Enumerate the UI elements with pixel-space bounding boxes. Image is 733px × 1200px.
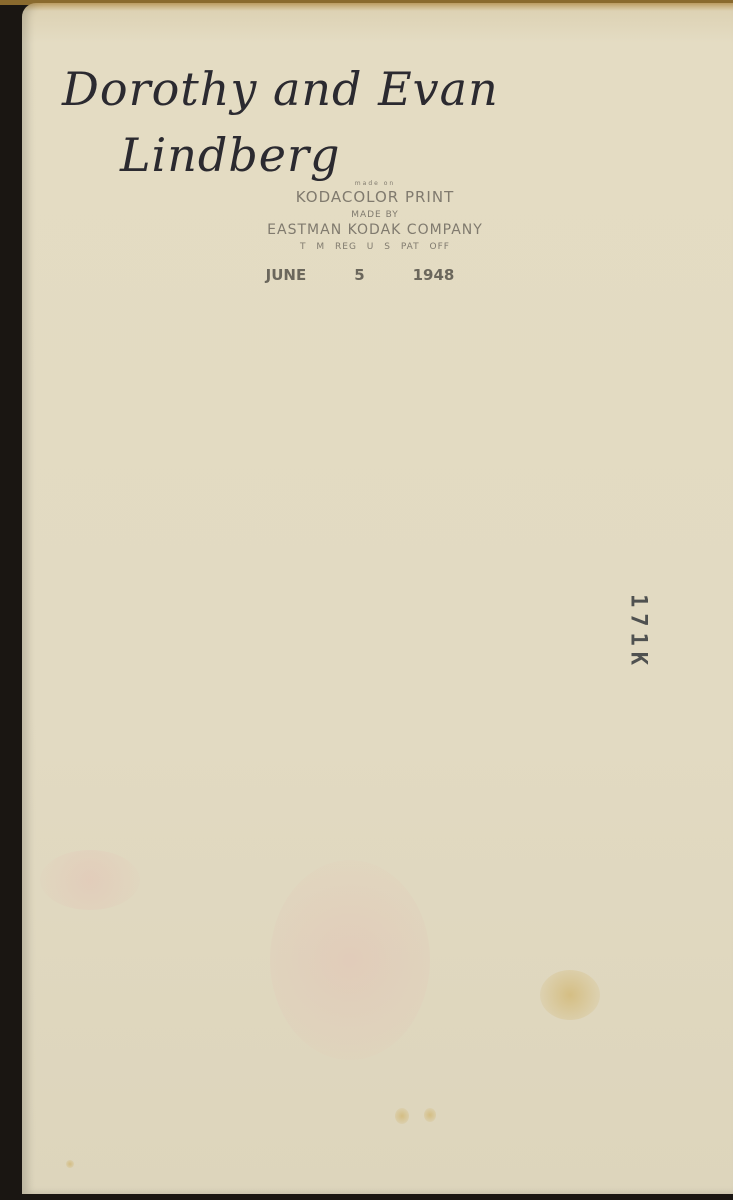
stain-spot (424, 1108, 436, 1122)
handwritten-names-line2: Lindberg (120, 128, 340, 182)
stamp-line-company: EASTMAN KODAK COMPANY (230, 222, 520, 238)
kodak-stamp: made on KODACOLOR PRINT MADE BY EASTMAN … (230, 180, 520, 284)
discoloration (40, 850, 140, 910)
stamp-date: JUNE 5 1948 (200, 266, 520, 284)
stain-spot (66, 1160, 74, 1168)
stamp-date-day: 5 (354, 266, 364, 284)
stamp-line-trademark: T M REG U S PAT OFF (230, 242, 520, 252)
stain-spot (395, 1108, 409, 1124)
stamp-line-made-by: MADE BY (230, 210, 520, 220)
stamp-tiny-line: made on (230, 180, 520, 188)
stamp-date-year: 1948 (413, 266, 455, 284)
stamp-date-month: JUNE (266, 266, 307, 284)
stain-mark (540, 970, 600, 1020)
handwritten-names-line1: Dorothy and Evan (62, 62, 499, 116)
stamp-line-kodacolor: KODACOLOR PRINT (230, 188, 520, 206)
print-code: 171K (626, 573, 651, 693)
discoloration (270, 860, 430, 1060)
